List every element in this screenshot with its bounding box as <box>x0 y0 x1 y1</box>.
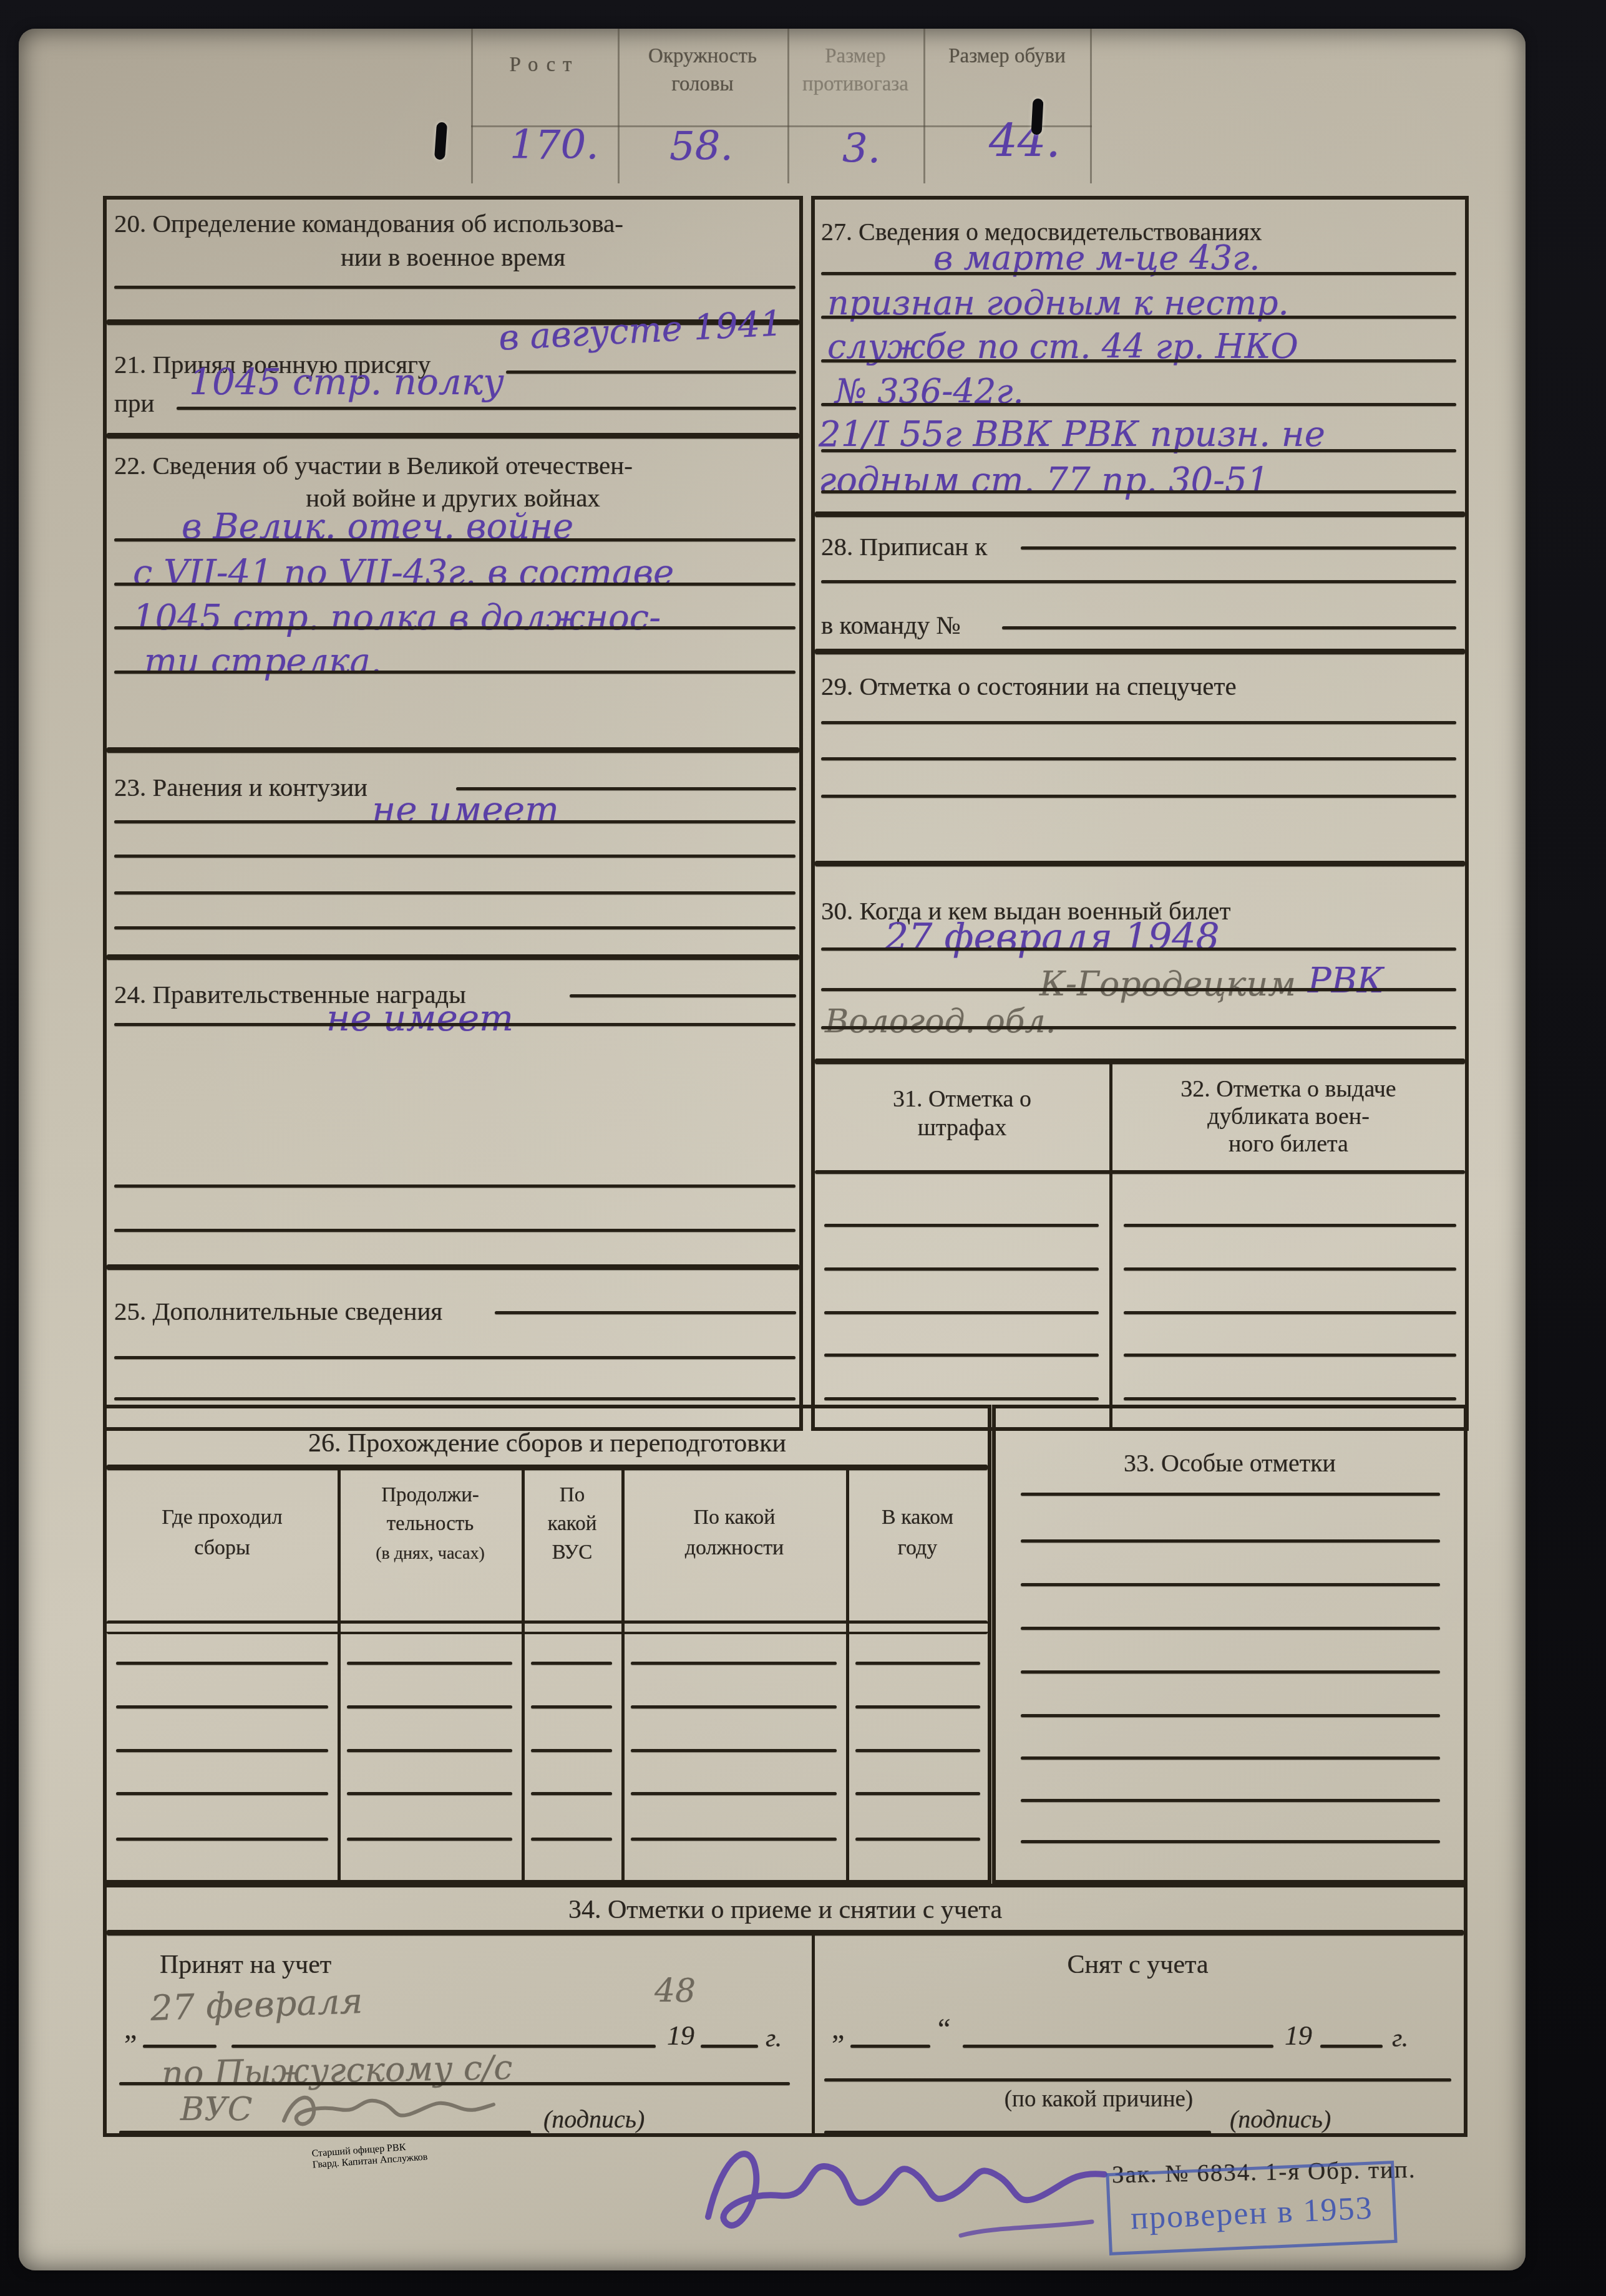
rule-line <box>116 1662 328 1665</box>
col-header-shoe-size: Размер обуви <box>925 42 1089 70</box>
rule-line <box>824 1311 1099 1314</box>
rule-line <box>701 2045 758 2048</box>
field-22-title-line1: 22. Сведения об участии в Великой отечес… <box>114 450 633 480</box>
rule-line <box>116 1705 328 1708</box>
field-23-label: 23. Ранения и контузии <box>114 772 367 802</box>
title-bottom-rule <box>107 1930 1464 1935</box>
pencil-signature <box>275 2083 500 2133</box>
ink-signature <box>693 2117 1117 2254</box>
rule-line <box>1124 1354 1456 1357</box>
rule-line <box>347 1749 512 1752</box>
col-duration-l3: (в днях, часах) <box>376 1544 485 1563</box>
table-border <box>1090 29 1092 183</box>
rule-line <box>821 757 1456 760</box>
section-divider <box>107 747 799 753</box>
quote-mark: „ <box>832 2012 844 2045</box>
hw-head-size-value: 58. <box>669 124 733 170</box>
rule-line <box>855 1838 980 1841</box>
signature-label-left: (подпись) <box>543 2105 645 2134</box>
rule-line <box>821 947 1456 951</box>
rule-line <box>116 1749 328 1752</box>
rule-line <box>114 1184 796 1188</box>
rule-line <box>114 1023 796 1026</box>
hw-wounds: не имеет <box>372 788 559 831</box>
rule-line <box>347 1838 512 1841</box>
rule-line <box>821 988 1456 991</box>
rule-line <box>119 2131 531 2134</box>
rule-line <box>1320 2045 1383 2048</box>
year-suffix: г. <box>1392 2023 1408 2053</box>
field-34-title: 34. Отметки о приеме и снятии с учета <box>107 1895 1464 1925</box>
rule-line <box>1124 1267 1456 1271</box>
rule-line <box>824 1224 1099 1227</box>
hw-ticket-rvk-ink: РВК <box>1308 961 1384 1001</box>
field-25-label: 25. Дополнительные сведения <box>114 1296 442 1326</box>
hw-war-line3: 1045 стр. полка в должнос- <box>133 598 661 638</box>
col-where: Где проходил сборы <box>107 1502 338 1564</box>
col-vus-l1: По <box>560 1484 585 1506</box>
table-border <box>471 29 473 183</box>
col-duration: Продолжи- тельность (в днях, часах) <box>339 1481 522 1567</box>
col-header-gasmask-size: Размер противогаза <box>789 42 922 98</box>
rule-line <box>821 403 1456 406</box>
col-header-height: Рост <box>471 54 618 77</box>
rule-line <box>531 1838 612 1841</box>
col-position-l2: должности <box>685 1536 784 1559</box>
section-divider <box>815 1058 1465 1064</box>
col-duration-l1: Продолжи- <box>381 1484 479 1506</box>
rule-line <box>114 855 796 858</box>
rule-line <box>1021 1627 1440 1630</box>
rule-line <box>114 286 796 289</box>
hw-war-line4: ти стрелка. <box>144 641 382 682</box>
rule-line <box>116 1792 328 1795</box>
hw-oath-date: в августе 1941 <box>498 303 784 359</box>
col-vus: По какой ВУС <box>523 1481 621 1567</box>
punch-hole <box>434 122 447 160</box>
col-year: В каком году <box>847 1502 988 1564</box>
year-suffix: г. <box>766 2023 782 2053</box>
rule-line <box>824 1267 1099 1271</box>
rule-line <box>631 1662 837 1665</box>
quote-mark: „ <box>124 2012 137 2045</box>
rule-line <box>114 538 796 541</box>
signature-label-right: (подпись) <box>1230 2105 1331 2134</box>
col-vus-l2: какой <box>548 1513 597 1535</box>
section-divider <box>815 511 1465 517</box>
rule-line <box>114 1397 796 1400</box>
rule-line <box>821 490 1456 493</box>
rule-line <box>855 1705 980 1708</box>
rule-line <box>1021 1714 1440 1717</box>
table-26-title: 26. Прохождение сборов и переподготовки <box>107 1428 988 1458</box>
rule-line <box>1021 1539 1440 1543</box>
rule-line <box>821 449 1456 452</box>
field-32-title-line3: ного билета <box>1112 1130 1465 1158</box>
rule-line <box>114 583 796 586</box>
rule-line <box>531 1705 612 1708</box>
hw-oath-unit: 1045 стр. полку <box>189 361 504 403</box>
field-31-title-line2: штрафах <box>815 1114 1109 1141</box>
checked-1953-stamp-text: проверен в 1953 <box>1110 2189 1393 2238</box>
rule-line <box>531 1792 612 1795</box>
rule-line <box>495 1311 796 1314</box>
field-21-prefix: при <box>114 388 154 418</box>
scanned-military-card-page: Рост Окружность головы Размер противогаз… <box>0 0 1606 2296</box>
rule-line <box>114 891 796 894</box>
rule-line <box>531 1749 612 1752</box>
rule-line <box>347 1662 512 1665</box>
rule-line <box>114 926 796 929</box>
hw-shoe-size-value: 44. <box>989 115 1061 167</box>
quote-mark-close: “ <box>938 2012 950 2045</box>
rule-line <box>570 994 796 997</box>
table-top-rule <box>107 1465 988 1470</box>
rule-line <box>821 795 1456 798</box>
rule-line <box>347 1792 512 1795</box>
anthropometric-table: Рост Окружность головы Размер противогаз… <box>471 29 1092 183</box>
hw-ticket-date: 27 февраля 1948 <box>885 916 1220 959</box>
rule-line <box>114 1229 796 1232</box>
hw-gasmask-size-value: 3. <box>842 126 880 172</box>
rule-line <box>1124 1311 1456 1314</box>
rule-line <box>1124 1224 1456 1227</box>
rule-line <box>1021 1583 1440 1586</box>
hw-ticket-rvk-pencil: К-Городецким <box>1039 964 1296 1004</box>
year-prefix: 19 <box>1285 2020 1312 2051</box>
rule-line <box>1021 1670 1440 1674</box>
rule-line <box>1021 1840 1440 1843</box>
rule-line <box>850 2045 930 2048</box>
rule-line <box>855 1749 980 1752</box>
rule-line <box>1002 626 1456 629</box>
rule-line <box>143 2045 217 2048</box>
col-position: По какой должности <box>623 1502 846 1564</box>
rule-line <box>855 1792 980 1795</box>
left-sections-box: 20. Определение командования об использо… <box>103 196 803 1431</box>
officer-pencil-stamp: Старший офицер РВК Гвард. Капитан Апслуж… <box>311 2141 428 2171</box>
checked-1953-stamp: проверен в 1953 <box>1106 2161 1397 2255</box>
col-where-l2: сборы <box>194 1536 250 1559</box>
rule-line <box>821 359 1456 362</box>
rule-line <box>506 371 796 374</box>
hw-height-value: 170. <box>510 122 599 168</box>
hw-accept-vus: ВУС <box>180 2091 253 2128</box>
section-divider <box>107 954 799 960</box>
field-33-title: 33. Особые отметки <box>996 1448 1464 1478</box>
field-29-label: 29. Отметка о состоянии на спецучете <box>821 671 1237 701</box>
table-border <box>618 29 620 183</box>
removed-heading: Снят с учета <box>812 1950 1464 1980</box>
punch-hole <box>1031 99 1043 135</box>
field-28-label: 28. Приписан к <box>821 531 987 561</box>
rule-line <box>1021 1799 1440 1802</box>
rule-line <box>114 626 796 629</box>
rule-line <box>821 316 1456 319</box>
rule-line <box>631 1705 837 1708</box>
rule-line <box>114 671 796 674</box>
section-divider <box>107 433 799 438</box>
field-20-title-line1: 20. Определение командования об использо… <box>114 208 623 238</box>
accepted-heading: Принят на учет <box>160 1950 331 1980</box>
rule-line <box>177 407 796 410</box>
special-marks-box-33: 33. Особые отметки <box>992 1405 1467 1884</box>
training-table-26: 26. Прохождение сборов и переподготовки … <box>103 1405 991 1884</box>
hw-accept-year: 48 <box>655 1972 696 2010</box>
section-divider <box>815 861 1465 866</box>
rule-line <box>231 2045 656 2048</box>
hw-medical-line6: годным ст. 77 пр. 30-51 <box>819 460 1269 501</box>
rule-line <box>824 1397 1099 1400</box>
section-divider <box>815 649 1465 654</box>
hw-awards: не имеет <box>326 997 513 1039</box>
section-divider <box>107 1264 799 1270</box>
col-year-l2: году <box>898 1536 937 1559</box>
rule-line <box>821 580 1456 583</box>
rule-line <box>963 2045 1273 2048</box>
rule-line <box>1124 1397 1456 1400</box>
hw-ticket-oblast: Вологод. обл. <box>825 1003 1056 1040</box>
field-28-team-label: в команду № <box>821 610 961 640</box>
col-year-l1: В каком <box>882 1506 953 1529</box>
rule-line <box>631 1838 837 1841</box>
rule-line <box>116 1838 328 1841</box>
rule-line <box>821 272 1456 275</box>
col-duration-l2: тельность <box>387 1513 474 1535</box>
rule-line <box>631 1792 837 1795</box>
header-bottom-rule <box>107 1620 988 1634</box>
rule-line <box>631 1749 837 1752</box>
rule-line <box>531 1662 612 1665</box>
rule-line <box>1021 1756 1440 1760</box>
year-prefix: 19 <box>667 2020 694 2051</box>
col-header-head-size: Окружность головы <box>621 42 784 98</box>
field-20-title-line2: нии в военное время <box>107 242 799 272</box>
registration-box-34: 34. Отметки о приеме и снятии с учета Пр… <box>103 1884 1467 2137</box>
field-31-title-line1: 31. Отметка о <box>815 1085 1109 1113</box>
rule-line <box>855 1662 980 1665</box>
field-32-title-line1: 32. Отметка о выдаче <box>1112 1075 1465 1103</box>
rule-line <box>824 1354 1099 1357</box>
hw-war-line2: с VII-41 по VII-43г. в составе <box>133 553 674 593</box>
card-paper: Рост Окружность головы Размер противогаз… <box>19 29 1526 2270</box>
rule-line <box>821 721 1456 724</box>
col-vus-l3: ВУС <box>552 1541 593 1564</box>
rule-line <box>1021 546 1456 550</box>
rule-line <box>821 1026 1456 1029</box>
rule-line <box>347 1705 512 1708</box>
rule-line <box>1021 1493 1440 1496</box>
col-where-l1: Где проходил <box>162 1506 283 1529</box>
rule-line <box>824 2078 1451 2081</box>
hw-accept-date: 27 февраля <box>150 1981 364 2029</box>
col-position-l1: По какой <box>693 1506 775 1529</box>
rule-line <box>114 1356 796 1359</box>
right-sections-box: 27. Сведения о медосвидетельствованиях в… <box>811 196 1469 1431</box>
header-bottom-rule <box>815 1170 1465 1174</box>
field-32-title-line2: дубликата воен- <box>1112 1103 1465 1130</box>
rule-line <box>114 820 796 823</box>
